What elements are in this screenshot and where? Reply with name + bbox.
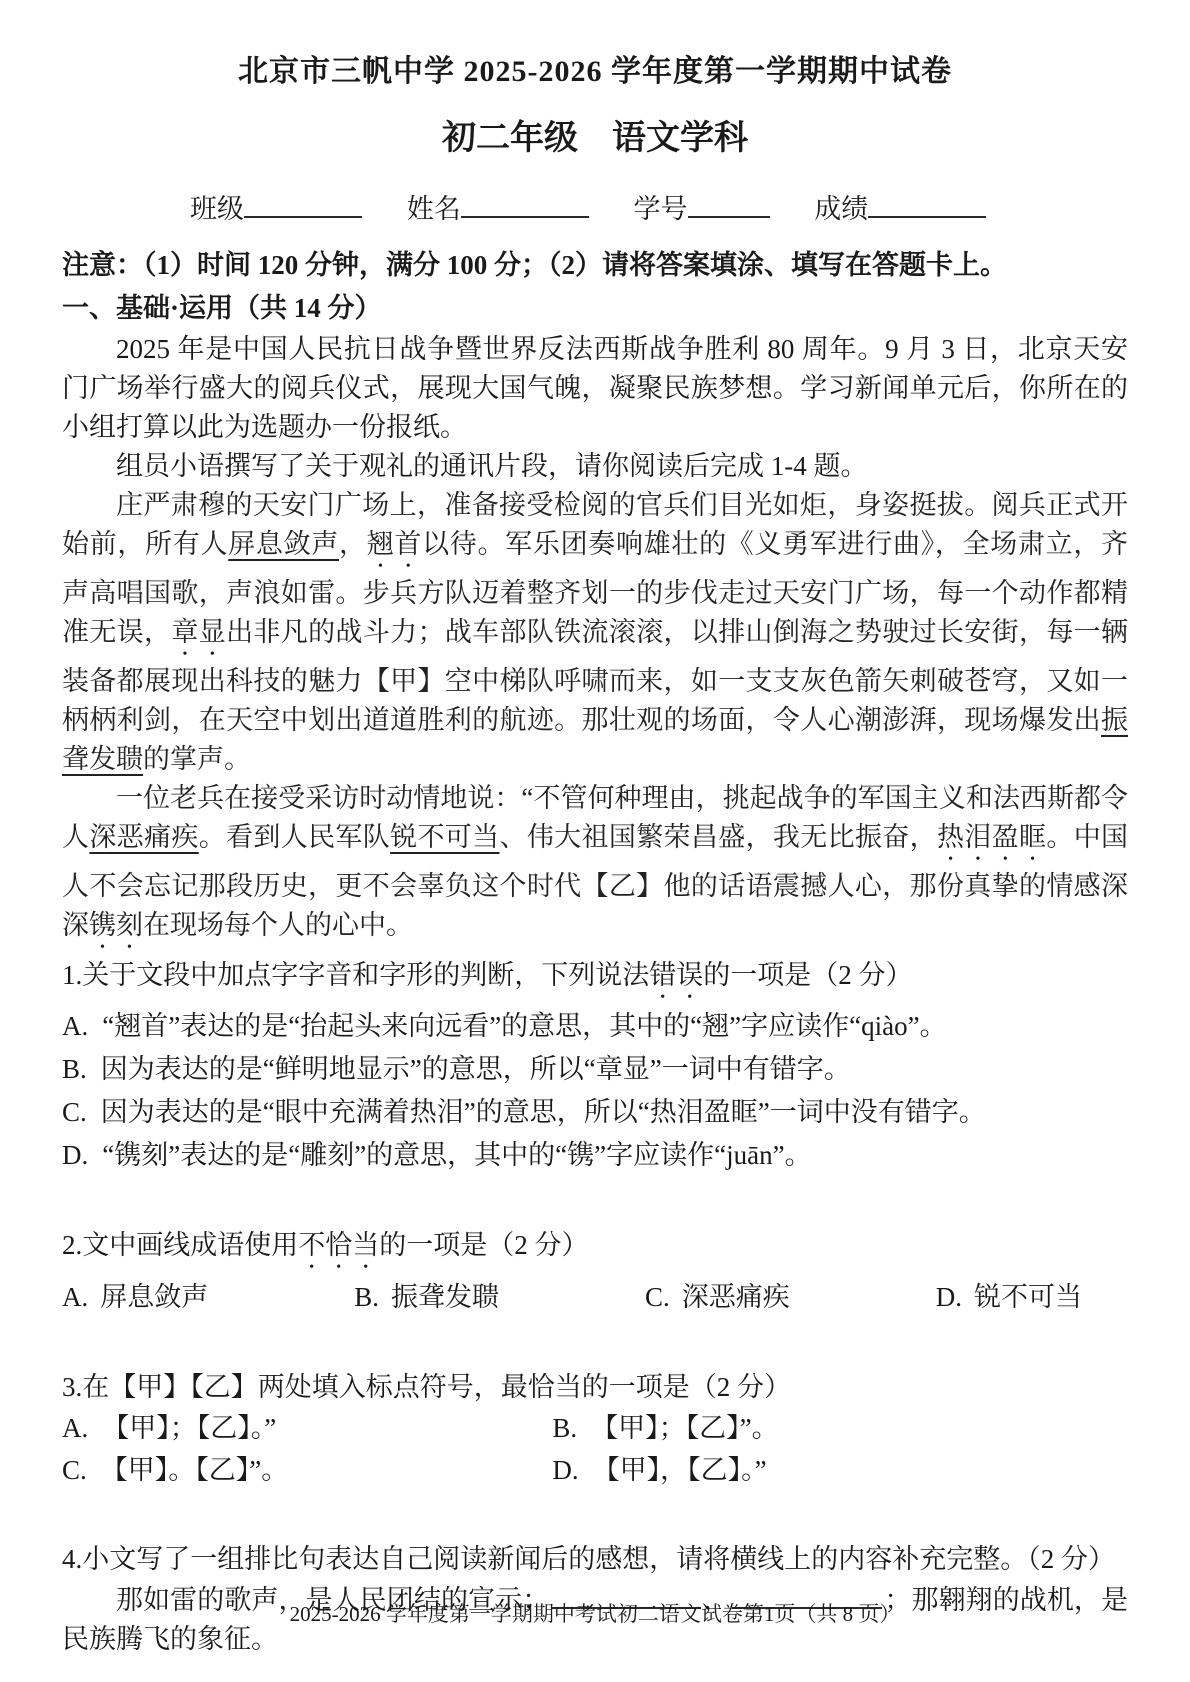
option-d: D.【甲】，【乙】。” <box>552 1449 1128 1491</box>
question-3-options: A.【甲】；【乙】。”B.【甲】；【乙】”。C.【甲】。【乙】”。D.【甲】，【… <box>62 1407 1128 1491</box>
student-info-row: 班级 姓名 学号 成绩 <box>190 187 1128 226</box>
text-segment: 3.在【甲】【乙】两处填入标点符号，最恰当的一项是（2 分） <box>62 1372 791 1402</box>
option-b: B.振聋发聩 <box>354 1275 499 1319</box>
option-d: D.锐不可当 <box>936 1275 1082 1319</box>
underlined-idiom: 锐不可当 <box>390 822 499 852</box>
option-label: B. <box>62 1048 87 1091</box>
option-a: A.“翘首”表达的是“抬起头来向远看”的意思，其中的“翘”字应读作“qiào”。 <box>62 1005 1128 1048</box>
notice-line: 注意：（1）时间 120 分钟，满分 100 分；（2）请将答案填涂、填写在答题… <box>62 246 1128 284</box>
question-1-stem: 1.关于文段中加点字字音和字形的判断，下列说法错误的一项是（2 分） <box>62 955 1128 1005</box>
class-label: 班级 <box>190 194 244 224</box>
dotted-term: 翘首 <box>367 529 422 559</box>
question-2-stem: 2.文中画线成语使用不恰当的一项是（2 分） <box>62 1225 1128 1275</box>
page-footer: 2025-2026 学年度第一学期期中考试初二语文试卷第1页（共 8 页） <box>0 1598 1190 1628</box>
name-label: 姓名 <box>407 194 461 224</box>
option-label: C. <box>62 1091 87 1134</box>
text-segment: 2.文中画线成语使用 <box>62 1230 298 1260</box>
passage-paragraph-2: 一位老兵在接受采访时动情地说：“不管何种理由，挑起战争的军国主义和法西斯都令人深… <box>62 779 1128 955</box>
question-1: 1.关于文段中加点字字音和字形的判断，下列说法错误的一项是（2 分） A.“翘首… <box>62 955 1128 1177</box>
dotted-term: 镌刻 <box>89 910 143 940</box>
dotted-term: 不恰当 <box>298 1230 379 1260</box>
text-segment: 。看到人民军队 <box>199 822 390 852</box>
student-id-label: 学号 <box>634 194 688 224</box>
name-field: 姓名 <box>407 194 589 224</box>
dotted-term: 热泪盈眶 <box>937 822 1046 852</box>
option-label: A. <box>62 1282 88 1312</box>
option-b: B.因为表达的是“鲜明地显示”的意思，所以“章显”一词中有错字。 <box>62 1048 1128 1091</box>
option-text: 锐不可当 <box>974 1282 1082 1312</box>
text-segment: 的一项是（2 分） <box>379 1230 588 1260</box>
option-text: “翘首”表达的是“抬起头来向远看”的意思，其中的“翘”字应读作“qiào”。 <box>102 1005 946 1048</box>
option-label: D. <box>936 1282 962 1312</box>
name-blank <box>461 192 589 218</box>
score-label: 成绩 <box>814 194 868 224</box>
text-segment: 在现场每个人的心中。 <box>143 910 413 940</box>
option-c: C.【甲】。【乙】”。 <box>62 1449 552 1491</box>
subject-title: 初二年级 语文学科 <box>62 110 1128 159</box>
question-2: 2.文中画线成语使用不恰当的一项是（2 分） A.屏息敛声B.振聋发聩C.深恶痛… <box>62 1225 1128 1319</box>
section-heading: 一、基础·运用（共 14 分） <box>62 288 1128 328</box>
option-text: 因为表达的是“鲜明地显示”的意思，所以“章显”一词中有错字。 <box>101 1048 851 1091</box>
option-label: A. <box>62 1005 88 1048</box>
dotted-term: 错误 <box>649 960 703 990</box>
underlined-idiom: 屏息敛声 <box>228 529 339 559</box>
score-blank <box>868 192 986 218</box>
score-field: 成绩 <box>814 194 986 224</box>
school-title: 北京市三帆中学 2025-2026 学年度第一学期期中试卷 <box>62 46 1128 90</box>
class-field: 班级 <box>190 194 362 224</box>
option-c: C.因为表达的是“眼中充满着热泪”的意思，所以“热泪盈眶”一词中没有错字。 <box>62 1091 1128 1134</box>
option-a: A.【甲】；【乙】。” <box>62 1407 552 1449</box>
task-line: 组员小语撰写了关于观礼的通讯片段，请你阅读后完成 1-4 题。 <box>62 447 1128 486</box>
option-label: C. <box>645 1282 670 1312</box>
question-3-stem: 3.在【甲】【乙】两处填入标点符号，最恰当的一项是（2 分） <box>62 1367 1128 1407</box>
underlined-idiom: 深恶痛疾 <box>89 822 198 852</box>
option-label: C. <box>62 1455 87 1485</box>
option-text: 【甲】；【乙】。” <box>102 1413 276 1443</box>
question-2-options: A.屏息敛声B.振聋发聩C.深恶痛疾D.锐不可当 <box>62 1275 1128 1319</box>
page-content: 北京市三帆中学 2025-2026 学年度第一学期期中试卷 初二年级 语文学科 … <box>0 0 1190 1659</box>
option-label: A. <box>62 1413 88 1443</box>
text-segment: 1.关于文段中加点字字音和字形的判断，下列说法 <box>62 960 649 990</box>
option-text: 屏息敛声 <box>100 1282 208 1312</box>
option-text: 因为表达的是“眼中充满着热泪”的意思，所以“热泪盈眶”一词中没有错字。 <box>101 1091 986 1134</box>
option-text: 【甲】；【乙】”。 <box>591 1413 778 1443</box>
option-label: B. <box>552 1413 577 1443</box>
intro-paragraph: 2025 年是中国人民抗日战争暨世界反法西斯战争胜利 80 周年。9 月 3 日… <box>62 330 1128 447</box>
option-c: C.深恶痛疾 <box>645 1275 790 1319</box>
option-label: B. <box>354 1282 379 1312</box>
option-d: D.“镌刻”表达的是“雕刻”的意思，其中的“镌”字应读作“juān”。 <box>62 1134 1128 1177</box>
student-id-blank <box>688 192 770 218</box>
question-3: 3.在【甲】【乙】两处填入标点符号，最恰当的一项是（2 分） A.【甲】；【乙】… <box>62 1367 1128 1491</box>
option-text: 【甲】，【乙】。” <box>593 1455 767 1485</box>
text-segment: ， <box>339 529 367 559</box>
option-text: 深恶痛疾 <box>682 1282 790 1312</box>
student-id-field: 学号 <box>634 194 770 224</box>
option-b: B.【甲】；【乙】”。 <box>552 1407 1128 1449</box>
option-label: D. <box>62 1134 88 1177</box>
option-text: “镌刻”表达的是“雕刻”的意思，其中的“镌”字应读作“juān”。 <box>102 1134 811 1177</box>
text-segment: 的一项是（2 分） <box>703 960 912 990</box>
text-segment: 4.小文写了一组排比句表达自己阅读新闻后的感想，请将横线上的内容补充完整。（2 … <box>62 1544 1115 1574</box>
option-label: D. <box>552 1455 578 1485</box>
passage-paragraph-1: 庄严肃穆的天安门广场上，准备接受检阅的官兵们目光如炬，身姿挺拔。阅兵正式开始前，… <box>62 486 1128 779</box>
option-text: 【甲】。【乙】”。 <box>101 1455 288 1485</box>
dotted-term: 章显 <box>171 617 226 647</box>
text-segment: 、伟大祖国繁荣昌盛，我无比振奋， <box>500 822 937 852</box>
question-4-stem: 4.小文写了一组排比句表达自己阅读新闻后的感想，请将横线上的内容补充完整。（2 … <box>62 1539 1128 1579</box>
exam-paper-page: 北京市三帆中学 2025-2026 学年度第一学期期中试卷 初二年级 语文学科 … <box>0 0 1190 1682</box>
option-a: A.屏息敛声 <box>62 1275 208 1319</box>
question-1-options: A.“翘首”表达的是“抬起头来向远看”的意思，其中的“翘”字应读作“qiào”。… <box>62 1005 1128 1177</box>
class-blank <box>244 192 362 218</box>
option-text: 振聋发聩 <box>391 1282 499 1312</box>
text-segment: 的掌声。 <box>143 744 251 774</box>
